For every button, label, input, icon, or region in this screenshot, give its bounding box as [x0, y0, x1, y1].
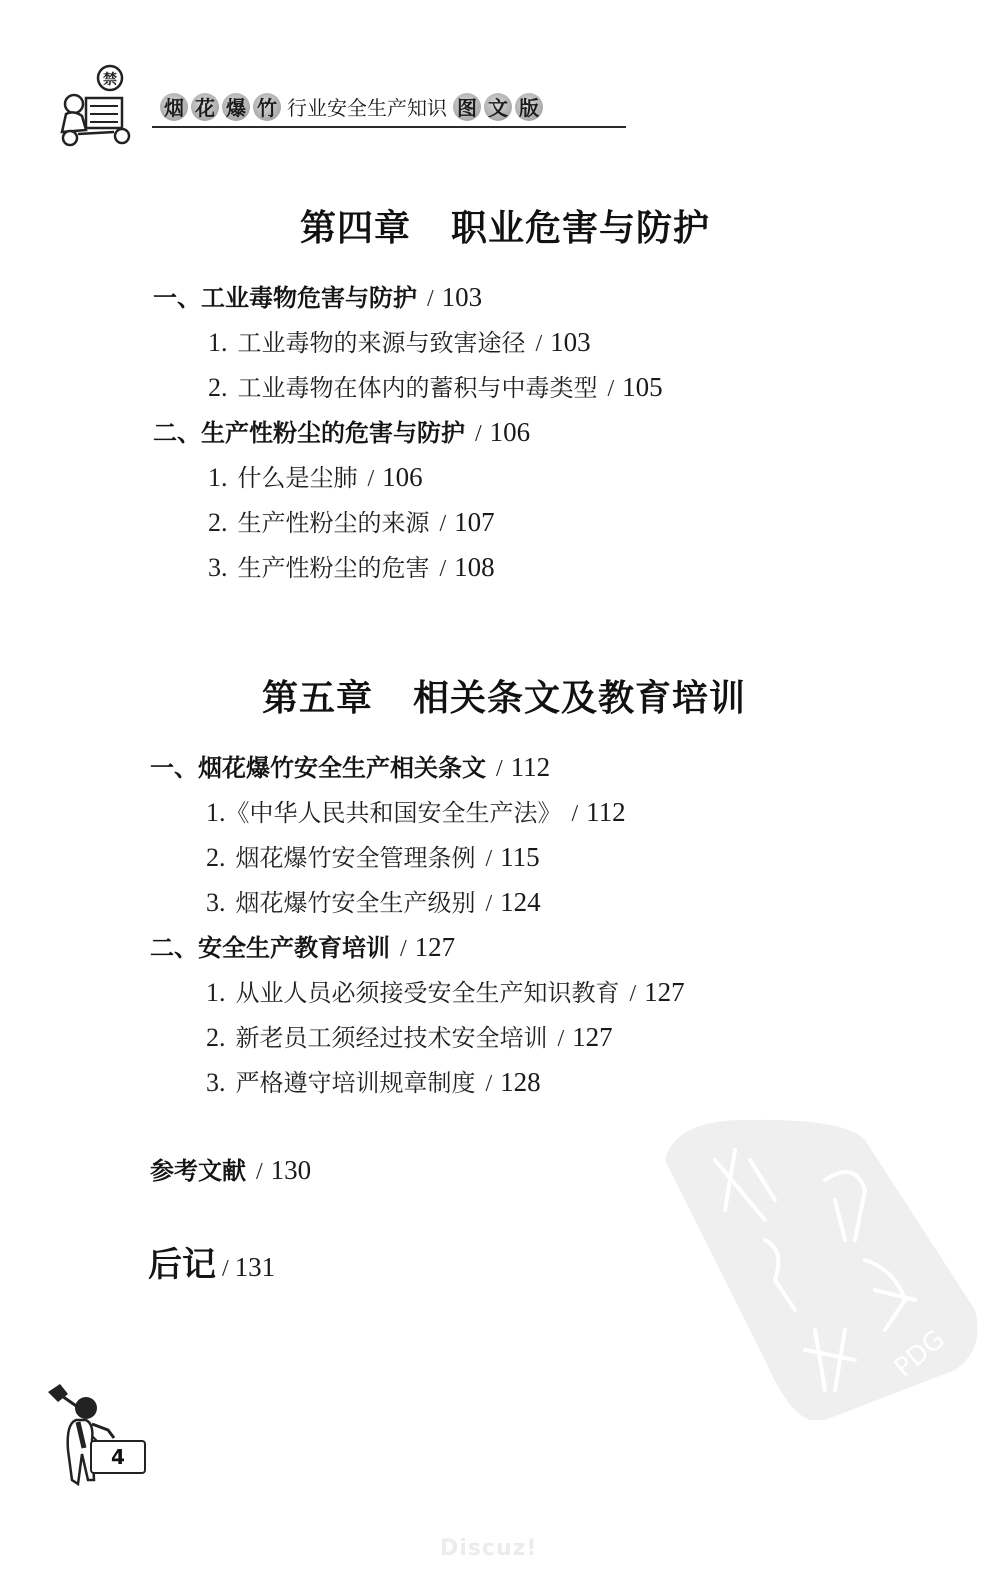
toc-page-number: 103	[442, 282, 483, 312]
toc-page-number: 127	[644, 977, 685, 1007]
chapter-5-title: 第五章相关条文及教育培训	[262, 670, 746, 721]
toc-item[interactable]: 3.烟花爆竹安全生产级别/124	[206, 889, 541, 916]
title-middle-text: 行业安全生产知识	[287, 92, 447, 121]
chapter-number: 第五章	[262, 677, 373, 719]
forum-watermark-text: Discuz!	[440, 1536, 537, 1561]
toc-section-label: 一、烟花爆竹安全生产相关条文	[150, 754, 486, 782]
toc-page-number: 127	[572, 1022, 613, 1052]
chapter-4-title: 第四章职业危害与防护	[300, 200, 710, 251]
toc-item-label: 工业毒物在体内的蓄积与中毒类型	[238, 374, 598, 402]
title-disc: 烟	[160, 93, 188, 121]
book-series-title: 烟 花 爆 竹 行业安全生产知识 图 文 版	[160, 92, 546, 121]
chapter-name: 相关条文及教育培训	[413, 677, 746, 719]
toc-page-number: 106	[490, 417, 531, 447]
toc-page-number: 130	[271, 1155, 312, 1185]
toc-item[interactable]: 2.烟花爆竹安全管理条例/115	[206, 844, 540, 871]
toc-page-number: 128	[500, 1067, 541, 1097]
toc-page-number: 124	[500, 887, 541, 917]
toc-section-label: 一、工业毒物危害与防护	[153, 284, 417, 312]
toc-item[interactable]: 1.从业人员必须接受安全生产知识教育/127	[206, 979, 685, 1006]
toc-item[interactable]: 1.什么是尘肺/106	[208, 464, 423, 491]
toc-page-number: 103	[550, 327, 591, 357]
toc-page-number: 105	[622, 372, 663, 402]
toc-section[interactable]: 二、安全生产教育培训/127	[150, 934, 455, 961]
toc-page-number: 112	[511, 752, 551, 782]
toc-section[interactable]: 一、烟花爆竹安全生产相关条文/112	[150, 754, 550, 781]
toc-item-label: 《中华人民共和国安全生产法》	[226, 799, 562, 827]
toc-page-number: 112	[586, 797, 626, 827]
toc-page-number: 127	[415, 932, 456, 962]
toc-item[interactable]: 3.严格遵守培训规章制度/128	[206, 1069, 541, 1096]
title-disc: 文	[484, 93, 512, 121]
toc-item-label: 从业人员必须接受安全生产知识教育	[236, 979, 620, 1007]
title-disc: 竹	[253, 93, 281, 121]
firecracker-mascot-icon: 禁	[52, 64, 136, 148]
toc-section[interactable]: 一、工业毒物危害与防护/103	[153, 284, 482, 311]
toc-item-label: 烟花爆竹安全生产级别	[236, 889, 476, 917]
toc-item-label: 生产性粉尘的来源	[238, 509, 430, 537]
toc-item-label: 生产性粉尘的危害	[238, 554, 430, 582]
toc-item[interactable]: 3.生产性粉尘的危害/108	[208, 554, 495, 581]
title-disc: 花	[191, 93, 219, 121]
svg-text:禁: 禁	[103, 71, 117, 88]
toc-item-label: 工业毒物的来源与致害途径	[238, 329, 526, 357]
toc-item[interactable]: 2.工业毒物在体内的蓄积与中毒类型/105	[208, 374, 663, 401]
toc-page-number: 115	[500, 842, 540, 872]
references-label: 参考文献	[150, 1157, 246, 1185]
toc-section[interactable]: 二、生产性粉尘的危害与防护/106	[153, 419, 530, 446]
toc-item-label: 什么是尘肺	[238, 464, 358, 492]
toc-references[interactable]: 参考文献/130	[150, 1157, 311, 1184]
chapter-number: 第四章	[300, 207, 411, 249]
toc-item-label: 新老员工须经过技术安全培训	[236, 1024, 548, 1052]
toc-section-label: 二、安全生产教育培训	[150, 934, 390, 962]
toc-page-number: 107	[454, 507, 495, 537]
chapter-name: 职业危害与防护	[451, 207, 710, 249]
title-disc: 爆	[222, 93, 250, 121]
running-header: 禁 烟 花 爆 竹 行业安全生产知识 图 文 版	[52, 62, 632, 152]
title-disc: 版	[515, 93, 543, 121]
toc-item-label: 烟花爆竹安全管理条例	[236, 844, 476, 872]
toc-page-number: 106	[382, 462, 423, 492]
toc-item[interactable]: 2.新老员工须经过技术安全培训/127	[206, 1024, 613, 1051]
toc-item[interactable]: 2.生产性粉尘的来源/107	[208, 509, 495, 536]
title-disc: 图	[453, 93, 481, 121]
page-number-badge: 4	[90, 1440, 146, 1474]
toc-item[interactable]: 1.《中华人民共和国安全生产法》/112	[206, 799, 626, 826]
toc-page-number: 108	[454, 552, 495, 582]
toc-item[interactable]: 1.工业毒物的来源与致害途径/103	[208, 329, 591, 356]
afterword-label: 后记	[148, 1245, 216, 1285]
toc-afterword[interactable]: 后记/131	[148, 1248, 275, 1282]
toc-item-label: 严格遵守培训规章制度	[236, 1069, 476, 1097]
toc-section-label: 二、生产性粉尘的危害与防护	[153, 419, 465, 447]
header-rule	[152, 126, 626, 128]
toc-page-number: 131	[235, 1252, 276, 1282]
library-seal-watermark-icon: PDG	[655, 1100, 983, 1420]
